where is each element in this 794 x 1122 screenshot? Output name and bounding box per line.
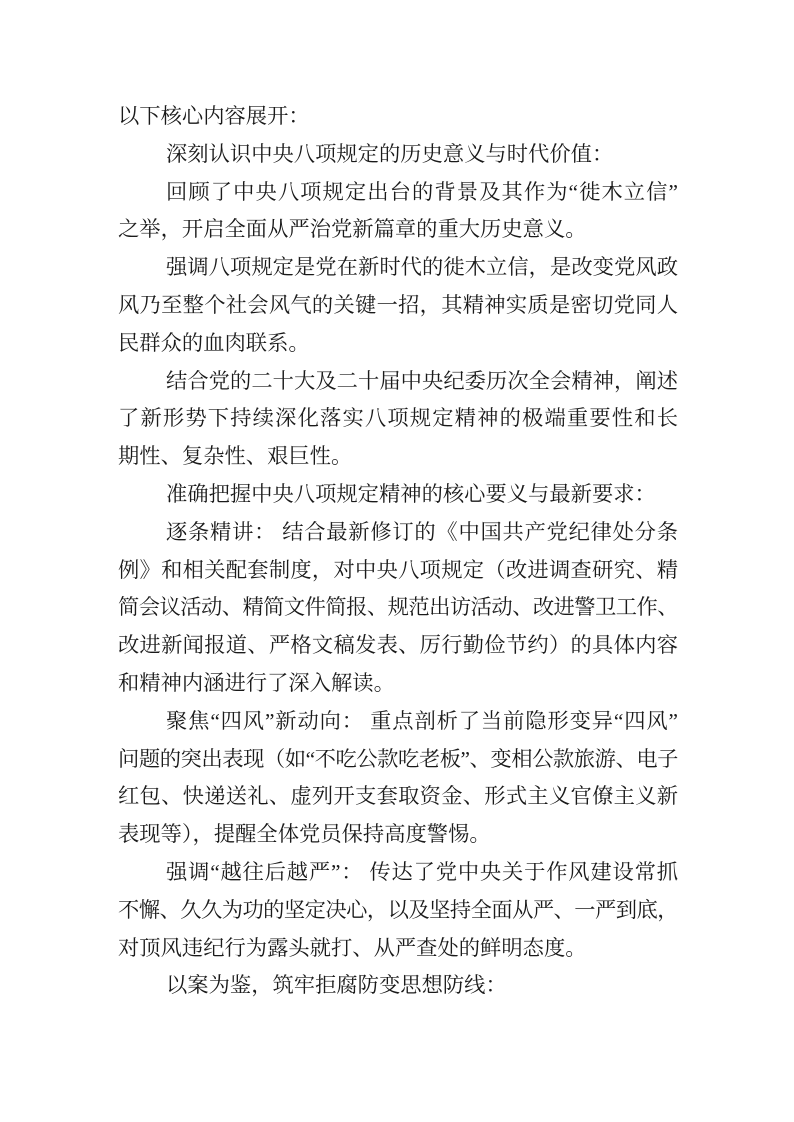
paragraph: 回顾了中央八项规定出台的背景及其作为“徙木立信”之举，开启全面从严治党新篇章的重… xyxy=(118,174,678,250)
document-text-block: 以下核心内容展开：深刻认识中央八项规定的历史意义与时代价值：回顾了中央八项规定出… xyxy=(118,98,678,1005)
document-line: 不懈、久久为功的坚定决心，以及坚持全面从严、一严到底， xyxy=(118,892,678,930)
document-line: 结合党的二十大及二十届中央纪委历次全会精神，阐述 xyxy=(118,363,678,401)
document-line: 红包、快递送礼、虚列开支套取资金、形式主义官僚主义新 xyxy=(118,778,678,816)
paragraph: 以案为鉴，筑牢拒腐防变思想防线： xyxy=(118,967,678,1005)
paragraph: 聚焦“四风”新动向： 重点剖析了当前隐形变异“四风”问题的突出表现（如“不吃公款… xyxy=(118,703,678,854)
document-line: 了新形势下持续深化落实八项规定精神的极端重要性和长 xyxy=(118,400,678,438)
document-line: 对顶风违纪行为露头就打、从严查处的鲜明态度。 xyxy=(118,930,678,968)
document-line: 简会议活动、精简文件简报、规范出访活动、改进警卫工作、 xyxy=(118,589,678,627)
paragraph: 结合党的二十大及二十届中央纪委历次全会精神，阐述了新形势下持续深化落实八项规定精… xyxy=(118,363,678,476)
document-line: 以案为鉴，筑牢拒腐防变思想防线： xyxy=(118,967,678,1005)
document-line: 之举，开启全面从严治党新篇章的重大历史意义。 xyxy=(118,211,678,249)
document-line: 例》和相关配套制度，对中央八项规定（改进调查研究、精 xyxy=(118,552,678,590)
document-line: 表现等），提醒全体党员保持高度警惕。 xyxy=(118,816,678,854)
document-line: 深刻认识中央八项规定的历史意义与时代价值： xyxy=(118,136,678,174)
document-line: 强调八项规定是党在新时代的徙木立信，是改变党风政 xyxy=(118,249,678,287)
paragraph: 以下核心内容展开： xyxy=(118,98,678,136)
paragraph: 准确把握中央八项规定精神的核心要义与最新要求： xyxy=(118,476,678,514)
paragraph: 强调八项规定是党在新时代的徙木立信，是改变党风政风乃至整个社会风气的关键一招，其… xyxy=(118,249,678,362)
document-line: 强调“越往后越严”： 传达了党中央关于作风建设常抓 xyxy=(118,854,678,892)
document-line: 回顾了中央八项规定出台的背景及其作为“徙木立信” xyxy=(118,174,678,212)
paragraph: 强调“越往后越严”： 传达了党中央关于作风建设常抓不懈、久久为功的坚定决心，以及… xyxy=(118,854,678,967)
document-line: 以下核心内容展开： xyxy=(118,98,678,136)
document-line: 期性、复杂性、艰巨性。 xyxy=(118,438,678,476)
paragraph: 逐条精讲： 结合最新修订的《中国共产党纪律处分条例》和相关配套制度，对中央八项规… xyxy=(118,514,678,703)
document-line: 改进新闻报道、严格文稿发表、厉行勤俭节约）的具体内容 xyxy=(118,627,678,665)
document-line: 民群众的血肉联系。 xyxy=(118,325,678,363)
document-line: 聚焦“四风”新动向： 重点剖析了当前隐形变异“四风” xyxy=(118,703,678,741)
document-line: 逐条精讲： 结合最新修订的《中国共产党纪律处分条 xyxy=(118,514,678,552)
document-line: 风乃至整个社会风气的关键一招，其精神实质是密切党同人 xyxy=(118,287,678,325)
document-line: 准确把握中央八项规定精神的核心要义与最新要求： xyxy=(118,476,678,514)
document-line: 和精神内涵进行了深入解读。 xyxy=(118,665,678,703)
document-line: 问题的突出表现（如“不吃公款吃老板”、变相公款旅游、电子 xyxy=(118,741,678,779)
paragraph: 深刻认识中央八项规定的历史意义与时代价值： xyxy=(118,136,678,174)
document-page: 以下核心内容展开：深刻认识中央八项规定的历史意义与时代价值：回顾了中央八项规定出… xyxy=(0,0,794,1122)
